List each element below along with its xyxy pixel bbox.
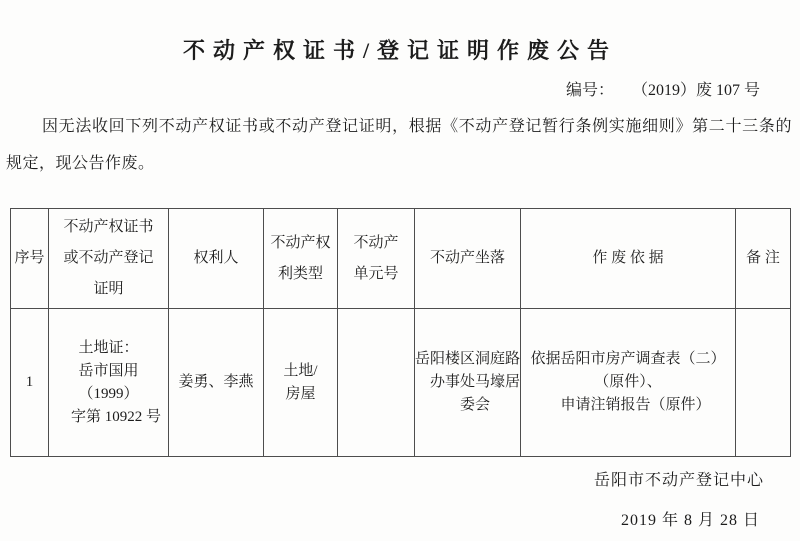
notice-page: 不动产权证书/登记证明作废公告 编号：（2019）废 107 号 因无法收回下列…: [0, 0, 800, 541]
document-number-value: （2019）废 107 号: [632, 82, 760, 99]
document-number: 编号：（2019）废 107 号: [0, 77, 800, 100]
cell-right-type: 土地/ 房屋: [264, 309, 338, 457]
table-header-row: 序号 不动产权证书 或不动产登记 证明 权利人 不动产权 利类型 不动产 单元号…: [11, 209, 791, 309]
cell-holder: 姜勇、李燕: [169, 309, 264, 457]
cell-location: 岳阳楼区洞庭路 办事处马壕居 委会: [415, 309, 521, 457]
certificate-table: 序号 不动产权证书 或不动产登记 证明 权利人 不动产权 利类型 不动产 单元号…: [10, 208, 791, 457]
col-header-holder: 权利人: [169, 209, 264, 309]
notice-paragraph: 因无法收回下列不动产权证书或不动产登记证明，根据《不动产登记暂行条例实施细则》第…: [6, 108, 792, 182]
document-number-label: 编号：: [566, 82, 614, 99]
issuer-signature: 岳阳市不动产登记中心: [0, 467, 800, 490]
col-header-right-type: 不动产权 利类型: [264, 209, 338, 309]
table-row: 1 土地证： 岳市国用（1999） 字第 10922 号 姜勇、李燕 土地/ 房…: [11, 309, 791, 457]
cell-remark: [736, 309, 791, 457]
page-title: 不动产权证书/登记证明作废公告: [0, 0, 800, 65]
cell-certificate: 土地证： 岳市国用（1999） 字第 10922 号: [49, 309, 169, 457]
col-header-remark: 备 注: [736, 209, 791, 309]
col-header-location: 不动产坐落: [415, 209, 521, 309]
col-header-basis: 作 废 依 据: [521, 209, 736, 309]
col-header-serial: 序号: [11, 209, 49, 309]
cell-serial: 1: [11, 309, 49, 457]
col-header-certificate: 不动产权证书 或不动产登记 证明: [49, 209, 169, 309]
col-header-unit-no: 不动产 单元号: [338, 209, 415, 309]
issue-date: 2019 年 8 月 28 日: [0, 507, 800, 530]
cell-unit-no: [338, 309, 415, 457]
cell-basis: 依据岳阳市房产调查表（二）（原件）、 申请注销报告（原件）: [521, 309, 736, 457]
